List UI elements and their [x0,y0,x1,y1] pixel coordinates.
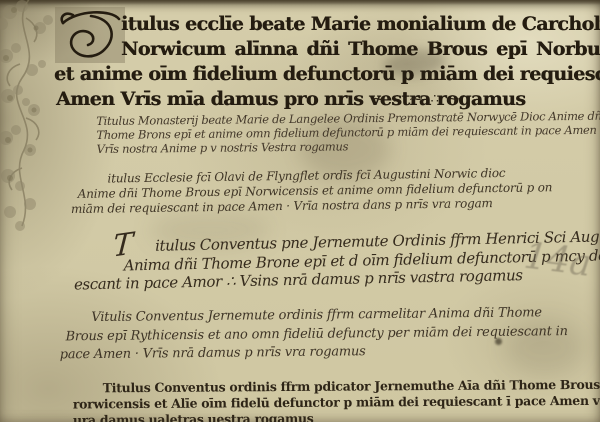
manuscript-line: itulus ecclīe beate Marie monialium de C… [121,13,600,35]
manuscript-line: ura damus ualetras uestra rogamus [73,411,314,422]
manuscript-photo: itulus ecclīe beate Marie monialium de C… [0,0,600,422]
ornate-initial-T [55,7,125,63]
line-filler-flourish: ⁓·∴·⁓ ∴ ⁓ [372,92,462,107]
manuscript-line: Norwicum alīnna dñi Thome Brous epī Norb… [121,38,600,60]
pencil-folio-note: 14a [522,236,594,285]
manuscript-line: Vrīs nostra Anime p v nostris Vestra rog… [96,139,348,156]
manuscript-line: et anime oīm fidelium defunctorū p miām … [54,63,600,85]
manuscript-line: pace Amen · Vrīs nrā damus p nrīs vra ro… [60,344,366,362]
manuscript-line: rorwicensis et Alīe oīm fidelū defunctor… [73,393,600,412]
photo-top-edge [0,0,600,5]
manuscript-line: Vitulis Conventus Jernemute ordinis ffrm… [91,305,542,325]
manuscript-line: Brous epī Rythicensis et ano omn fideliū… [65,324,567,344]
